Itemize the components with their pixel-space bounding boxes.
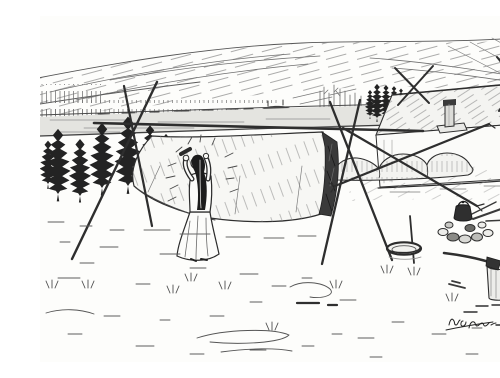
left-fist <box>183 155 189 161</box>
right-fist <box>203 153 208 158</box>
artwork <box>40 16 500 362</box>
illustration-canvas <box>40 16 500 362</box>
